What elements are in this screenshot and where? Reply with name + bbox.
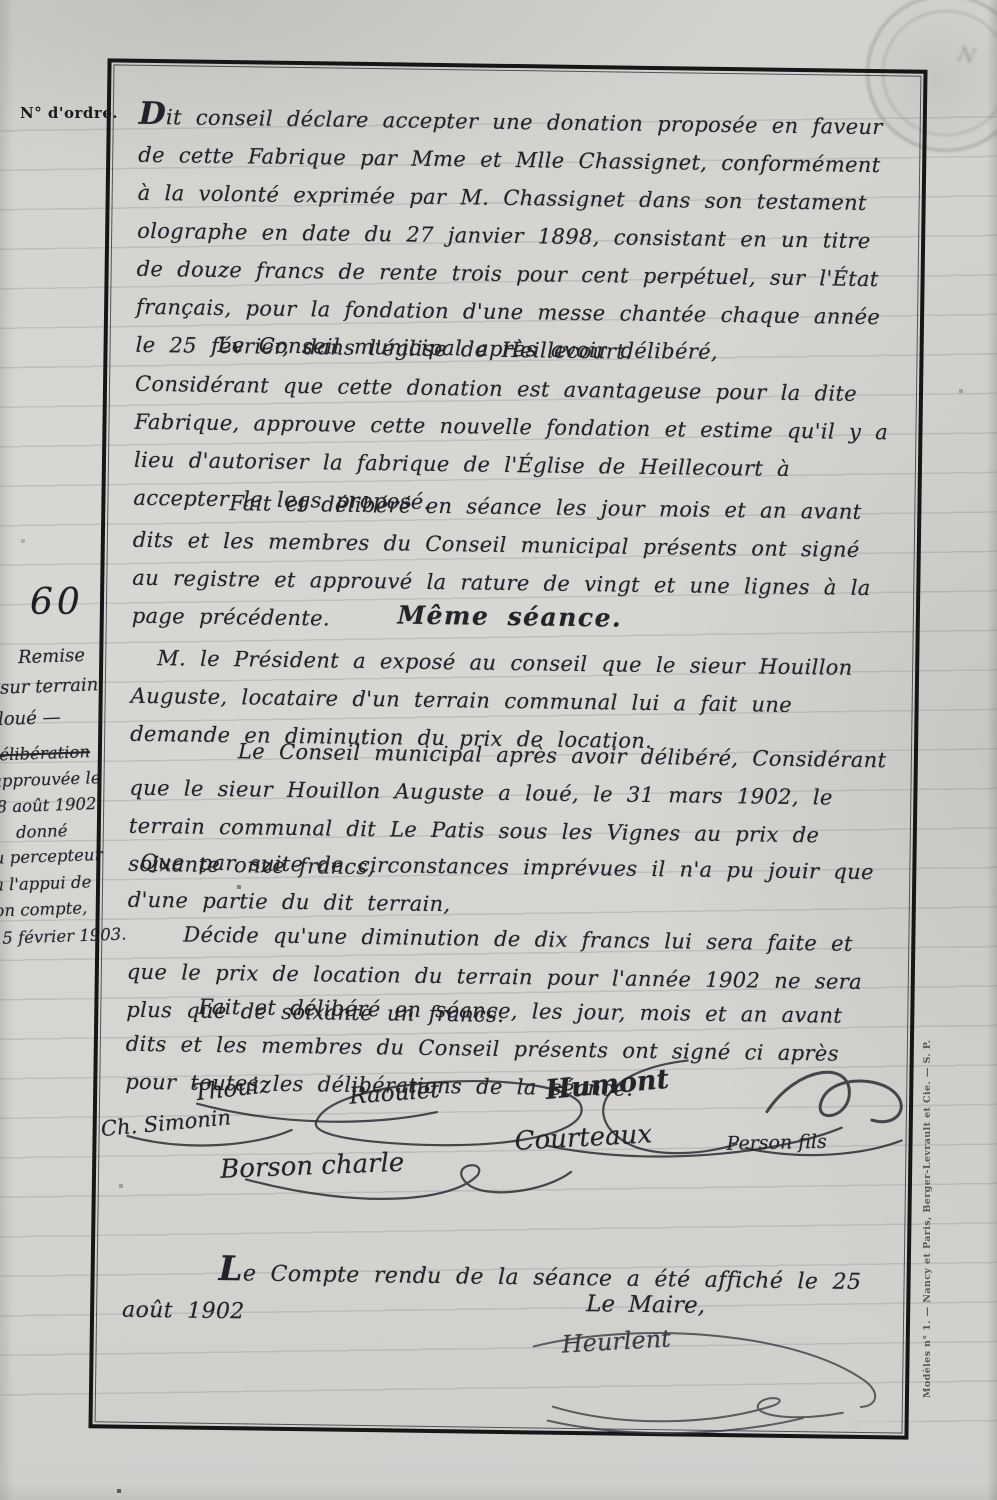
margin-note: au percepteur [0,845,103,868]
signature: Ch. Simonin [100,1105,232,1141]
margin-note: Remise [18,645,86,668]
margin-note: approuvée le [0,768,101,791]
order-number-label: N° d'ordre. [20,104,118,122]
printer-imprint: Modèles n° 1. — Nancy et Paris, Berger-L… [922,1040,933,1398]
entry-number: 60 [30,582,84,623]
margin-note: donné [16,821,68,842]
signature: Person fils [726,1131,827,1155]
stamp-mark: N [956,41,978,68]
closing-statement: Le Compte rendu de la séance a été affic… [122,1249,885,1341]
manuscript-content: Dit conseil déclare accepter une donatio… [93,62,924,1435]
mayor-role-label: Le Maire, [586,1291,705,1319]
page-frame: Dit conseil déclare accepter une donatio… [88,58,927,1439]
mayor-signature: Heurlent [561,1325,671,1359]
margin-note: son compte, [0,898,88,921]
margin-note: sur terrain [0,674,99,698]
margin-note-struck: Délibération [0,742,90,765]
margin-note: à l'appui de [0,872,92,894]
signature: Courteaux [514,1119,653,1157]
register-page-scan: N N° d'ordre. 60 Remise sur terrain loué… [0,0,997,1500]
margin-note: loué — [0,707,61,730]
scan-specks [0,0,2,2]
margin-note: 28 août 1902 [0,794,97,817]
signature: Borson charle [220,1148,405,1185]
